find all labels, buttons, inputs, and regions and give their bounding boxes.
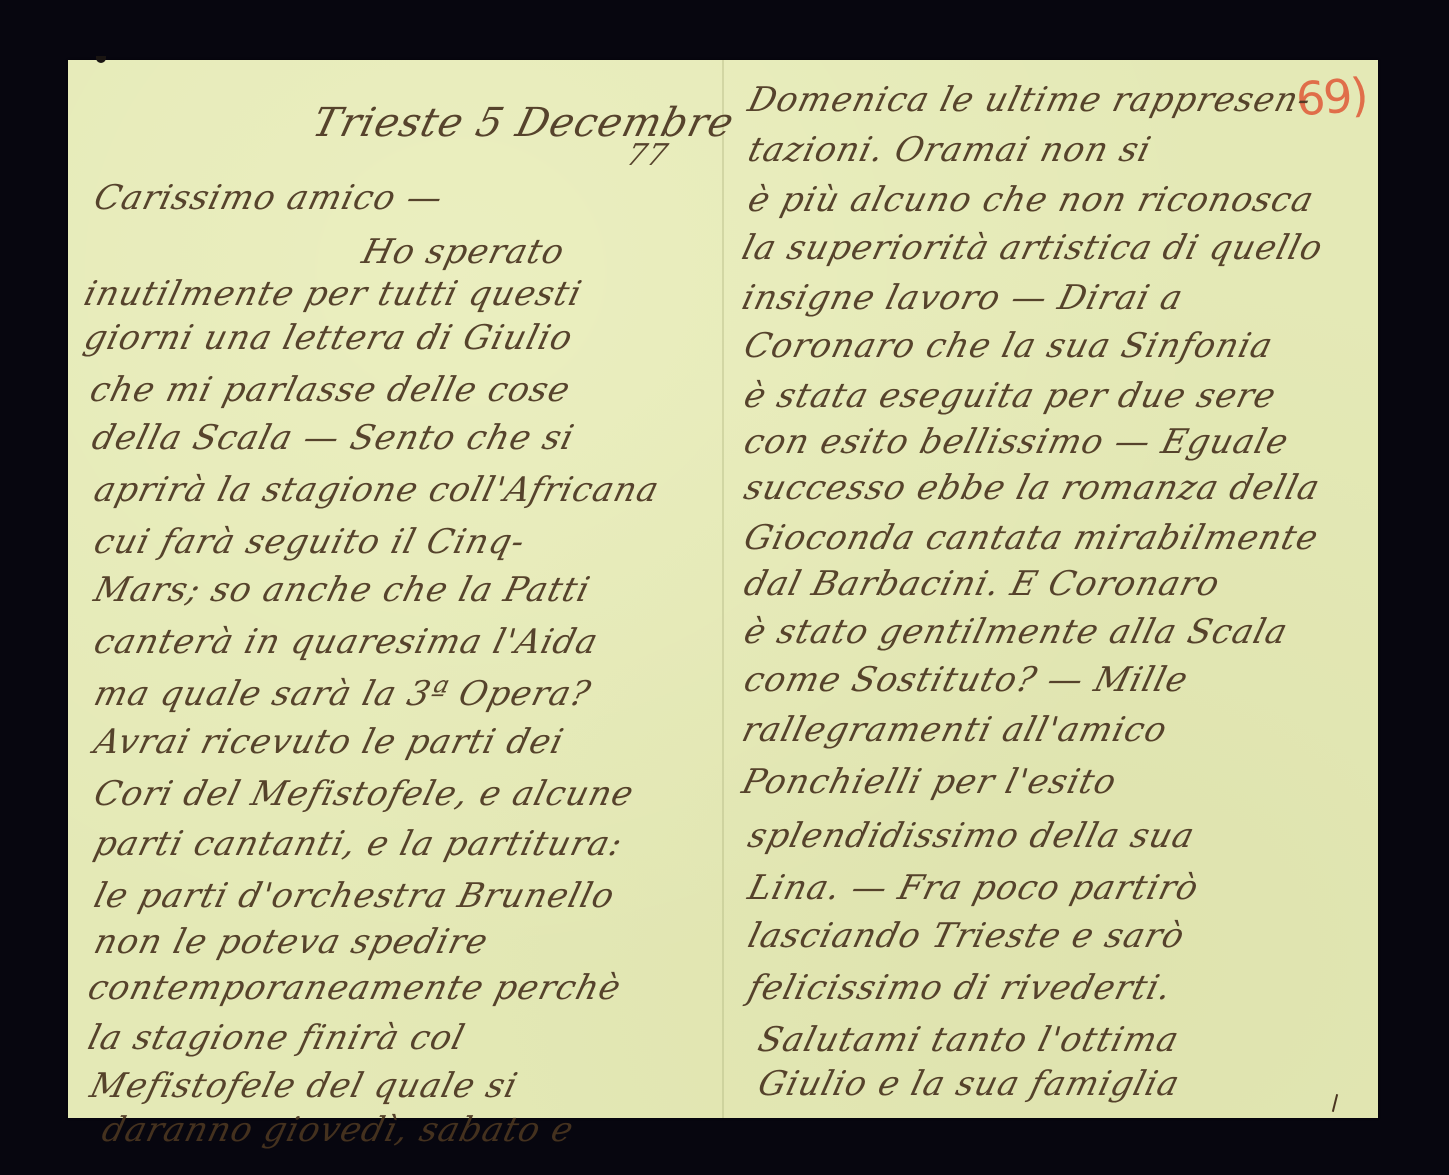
- letter-line: la superiorità artistica di quello: [738, 228, 1327, 268]
- letter-line: è stato gentilmente alla Scala: [740, 612, 1292, 652]
- letter-line: rallegramenti all'amico: [738, 710, 1172, 750]
- letter-line: Cori del Mefistofele, e alcune: [90, 774, 638, 814]
- letter-line: le parti d'orchestra Brunello: [90, 876, 619, 916]
- letter-sheet: Trieste 5 Decembre 77 Carissimo amico — …: [68, 60, 1378, 1118]
- left-page: Trieste 5 Decembre 77 Carissimo amico — …: [68, 60, 722, 1118]
- letter-line: che mi parlasse delle cose: [86, 370, 575, 410]
- letter-line: della Scala — Sento che si: [88, 418, 579, 458]
- letter-line: non le poteva spedire: [90, 922, 493, 962]
- dateline-place-date: Trieste 5 Decembre: [308, 100, 739, 146]
- letter-line: aprirà la stagione coll'Africana: [90, 470, 663, 510]
- letter-line: Salutami tanto l'ottima: [754, 1020, 1183, 1060]
- letter-line: splendidissimo della sua: [744, 816, 1199, 856]
- letter-line: ma quale sarà la 3ª Opera?: [90, 674, 595, 714]
- letter-line: cui farà seguito il Cinq-: [90, 522, 529, 562]
- letter-line: insigne lavoro — Dirai a: [738, 278, 1187, 318]
- letter-line: Domenica le ultime rappresen-: [744, 80, 1316, 120]
- letter-line: tazioni. Oramai non si: [744, 130, 1156, 170]
- letter-line: canterà in quaresima l'Aida: [90, 622, 603, 662]
- letter-line: con esito bellissimo — Eguale: [740, 422, 1293, 462]
- letter-line: contemporaneamente perchè: [84, 968, 626, 1008]
- letter-line: giorni una lettera di Giulio: [80, 318, 577, 358]
- letter-line: Mars; so anche che la Patti: [90, 570, 594, 610]
- letter-line: successo ebbe la romanza della: [740, 468, 1324, 508]
- letter-line: inutilmente per tutti questi: [80, 274, 586, 314]
- salutation: Carissimo amico —: [90, 178, 447, 218]
- letter-line: Ponchielli per l'esito: [738, 762, 1121, 802]
- right-page: 69) Domenica le ultime rappresen- tazion…: [724, 60, 1378, 1118]
- letter-line: parti cantanti, e la partitura:: [90, 824, 627, 864]
- letter-line: è stata eseguita per due sere: [740, 376, 1280, 416]
- letter-line: come Sostituto? — Mille: [740, 660, 1193, 700]
- letter-line: lasciando Trieste e sarò: [744, 916, 1189, 956]
- letter-line: Lina. — Fra poco partirò: [744, 868, 1203, 908]
- letter-line: daranno giovedì, sabato e: [98, 1110, 578, 1150]
- letter-line: felicissimo di rivederti.: [744, 968, 1176, 1008]
- dateline-year: 77: [623, 138, 672, 173]
- letter-line: Gioconda cantata mirabilmente: [740, 518, 1323, 558]
- letter-line: Giulio e la sua famiglia: [754, 1064, 1184, 1104]
- letter-line: Mefistofele del quale si: [86, 1066, 522, 1106]
- letter-line: la stagione finirà col: [84, 1018, 469, 1058]
- letter-line: Avrai ricevuto le parti dei: [90, 722, 568, 762]
- letter-line: è più alcuno che non riconosca: [744, 180, 1318, 220]
- letter-line: dal Barbacini. E Coronaro: [740, 564, 1224, 604]
- letter-line: Coronaro che la sua Sinfonia: [740, 326, 1277, 366]
- letter-line: Ho sperato: [358, 232, 569, 272]
